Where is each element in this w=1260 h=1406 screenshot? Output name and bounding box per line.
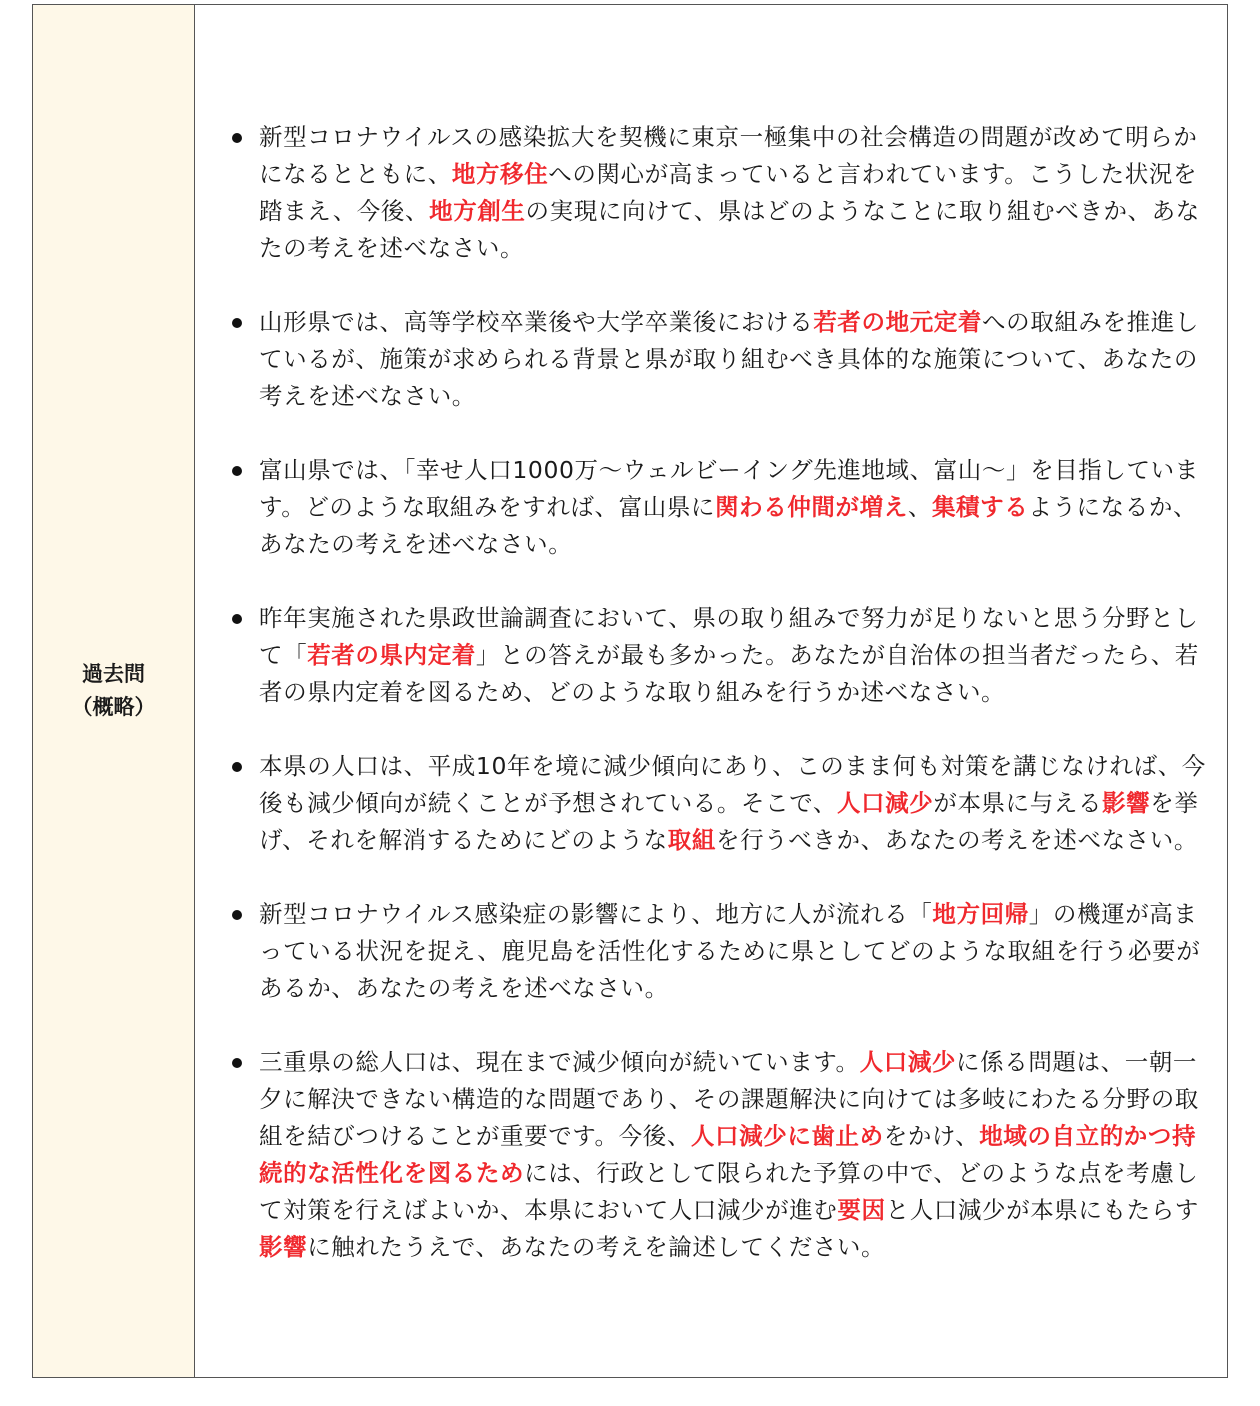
row-header-cell: 過去問 （概略） xyxy=(33,5,195,1378)
highlighted-keyword: 人口減少 xyxy=(860,1048,956,1076)
highlighted-keyword: 影響 xyxy=(1102,789,1150,817)
highlighted-keyword: 関わる仲間が増え xyxy=(715,493,908,521)
question-item: 山形県では、高等学校卒業後や大学卒業後における若者の地元定着への取組みを推進して… xyxy=(259,304,1207,415)
highlighted-keyword: 人口減少 xyxy=(837,789,933,817)
past-questions-table: 過去問 （概略） 新型コロナウイルスの感染拡大を契機に東京一極集中の社会構造の問… xyxy=(32,4,1228,1378)
highlighted-keyword: 影響 xyxy=(259,1233,307,1261)
highlighted-keyword: 地方創生 xyxy=(429,197,525,225)
highlighted-keyword: 要因 xyxy=(837,1196,885,1224)
question-text: に触れたうえで、あなたの考えを論述してください。 xyxy=(307,1233,885,1261)
question-text: が本県に与える xyxy=(933,789,1102,817)
highlighted-keyword: 地方回帰 xyxy=(932,900,1028,928)
highlighted-keyword: 若者の地元定着 xyxy=(813,308,982,336)
content-cell: 新型コロナウイルスの感染拡大を契機に東京一極集中の社会構造の問題が改めて明らかに… xyxy=(195,5,1228,1378)
row-header-label: 過去問 xyxy=(33,658,194,691)
question-text: をかけ、 xyxy=(884,1122,979,1150)
question-item: 新型コロナウイルスの感染拡大を契機に東京一極集中の社会構造の問題が改めて明らかに… xyxy=(259,119,1207,267)
highlighted-keyword: 集積する xyxy=(932,493,1028,521)
highlighted-keyword: 取組 xyxy=(668,826,716,854)
highlighted-keyword: 若者の県内定着 xyxy=(307,641,476,669)
question-item: 新型コロナウイルス感染症の影響により、地方に人が流れる「地方回帰」の機運が高まっ… xyxy=(259,896,1207,1007)
question-item: 昨年実施された県政世論調査において、県の取り組みで努力が足りないと思う分野として… xyxy=(259,600,1207,711)
question-item: 三重県の総人口は、現在まで減少傾向が続いています。人口減少に係る問題は、一朝一夕… xyxy=(259,1044,1207,1266)
question-text: 三重県の総人口は、現在まで減少傾向が続いています。 xyxy=(259,1048,860,1076)
question-list: 新型コロナウイルスの感染拡大を契機に東京一極集中の社会構造の問題が改めて明らかに… xyxy=(195,77,1227,1306)
question-text: 山形県では、高等学校卒業後や大学卒業後における xyxy=(259,308,813,336)
question-item: 本県の人口は、平成10年を境に減少傾向にあり、このまま何も対策を講じなければ、今… xyxy=(259,748,1207,859)
question-text: を行うべきか、あなたの考えを述べなさい。 xyxy=(716,826,1198,854)
question-item: 富山県では、「幸せ人口1000万〜ウェルビーイング先進地域、富山〜」を目指してい… xyxy=(259,452,1207,563)
question-text: 新型コロナウイルス感染症の影響により、地方に人が流れる「 xyxy=(259,900,932,928)
highlighted-keyword: 人口減少に歯止め xyxy=(691,1122,884,1150)
table-row: 過去問 （概略） 新型コロナウイルスの感染拡大を契機に東京一極集中の社会構造の問… xyxy=(33,5,1228,1378)
question-text: 、 xyxy=(908,493,932,521)
row-header-sublabel: （概略） xyxy=(33,691,194,724)
highlighted-keyword: 地方移住 xyxy=(452,160,548,188)
question-text: と人口減少が本県にもたらす xyxy=(886,1196,1199,1224)
